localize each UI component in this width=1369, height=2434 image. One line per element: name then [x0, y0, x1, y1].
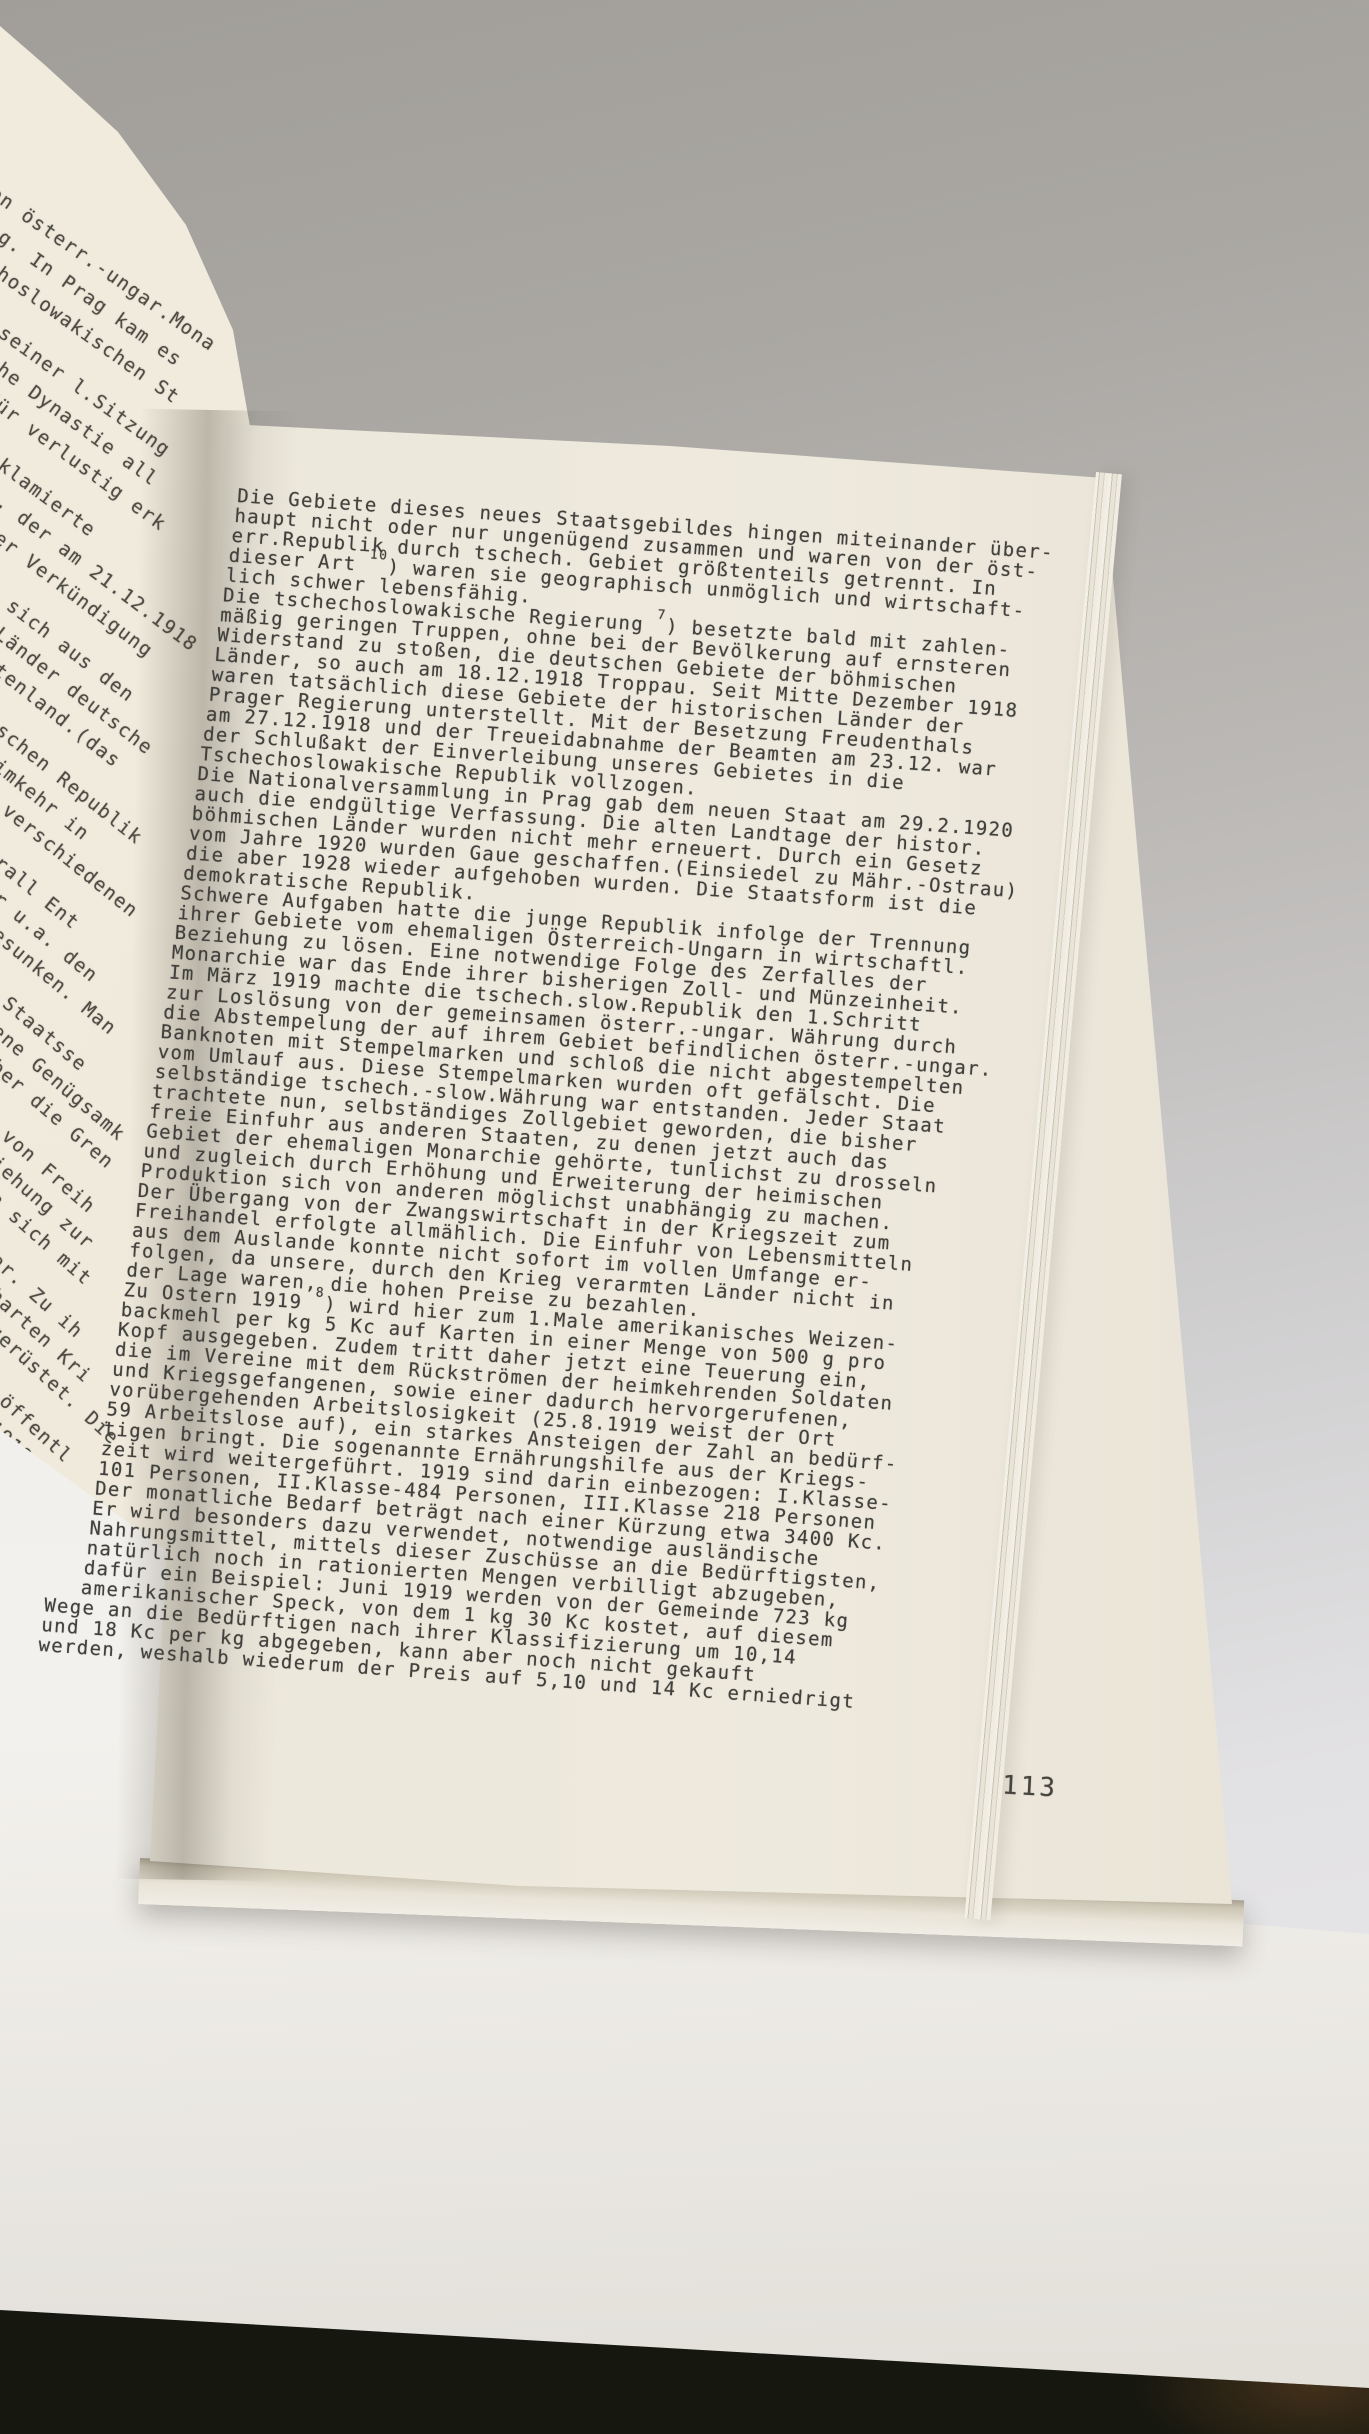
- left-page-text-line: n verschiedenen: [0, 784, 142, 922]
- book-photo: igen österr.-ungar.Monaung. In Prag kam …: [0, 0, 1369, 2434]
- right-page-text: Die Gebiete dieses neues Staatsgebildes …: [156, 486, 1055, 1720]
- page-number: 113: [1001, 1771, 1058, 1804]
